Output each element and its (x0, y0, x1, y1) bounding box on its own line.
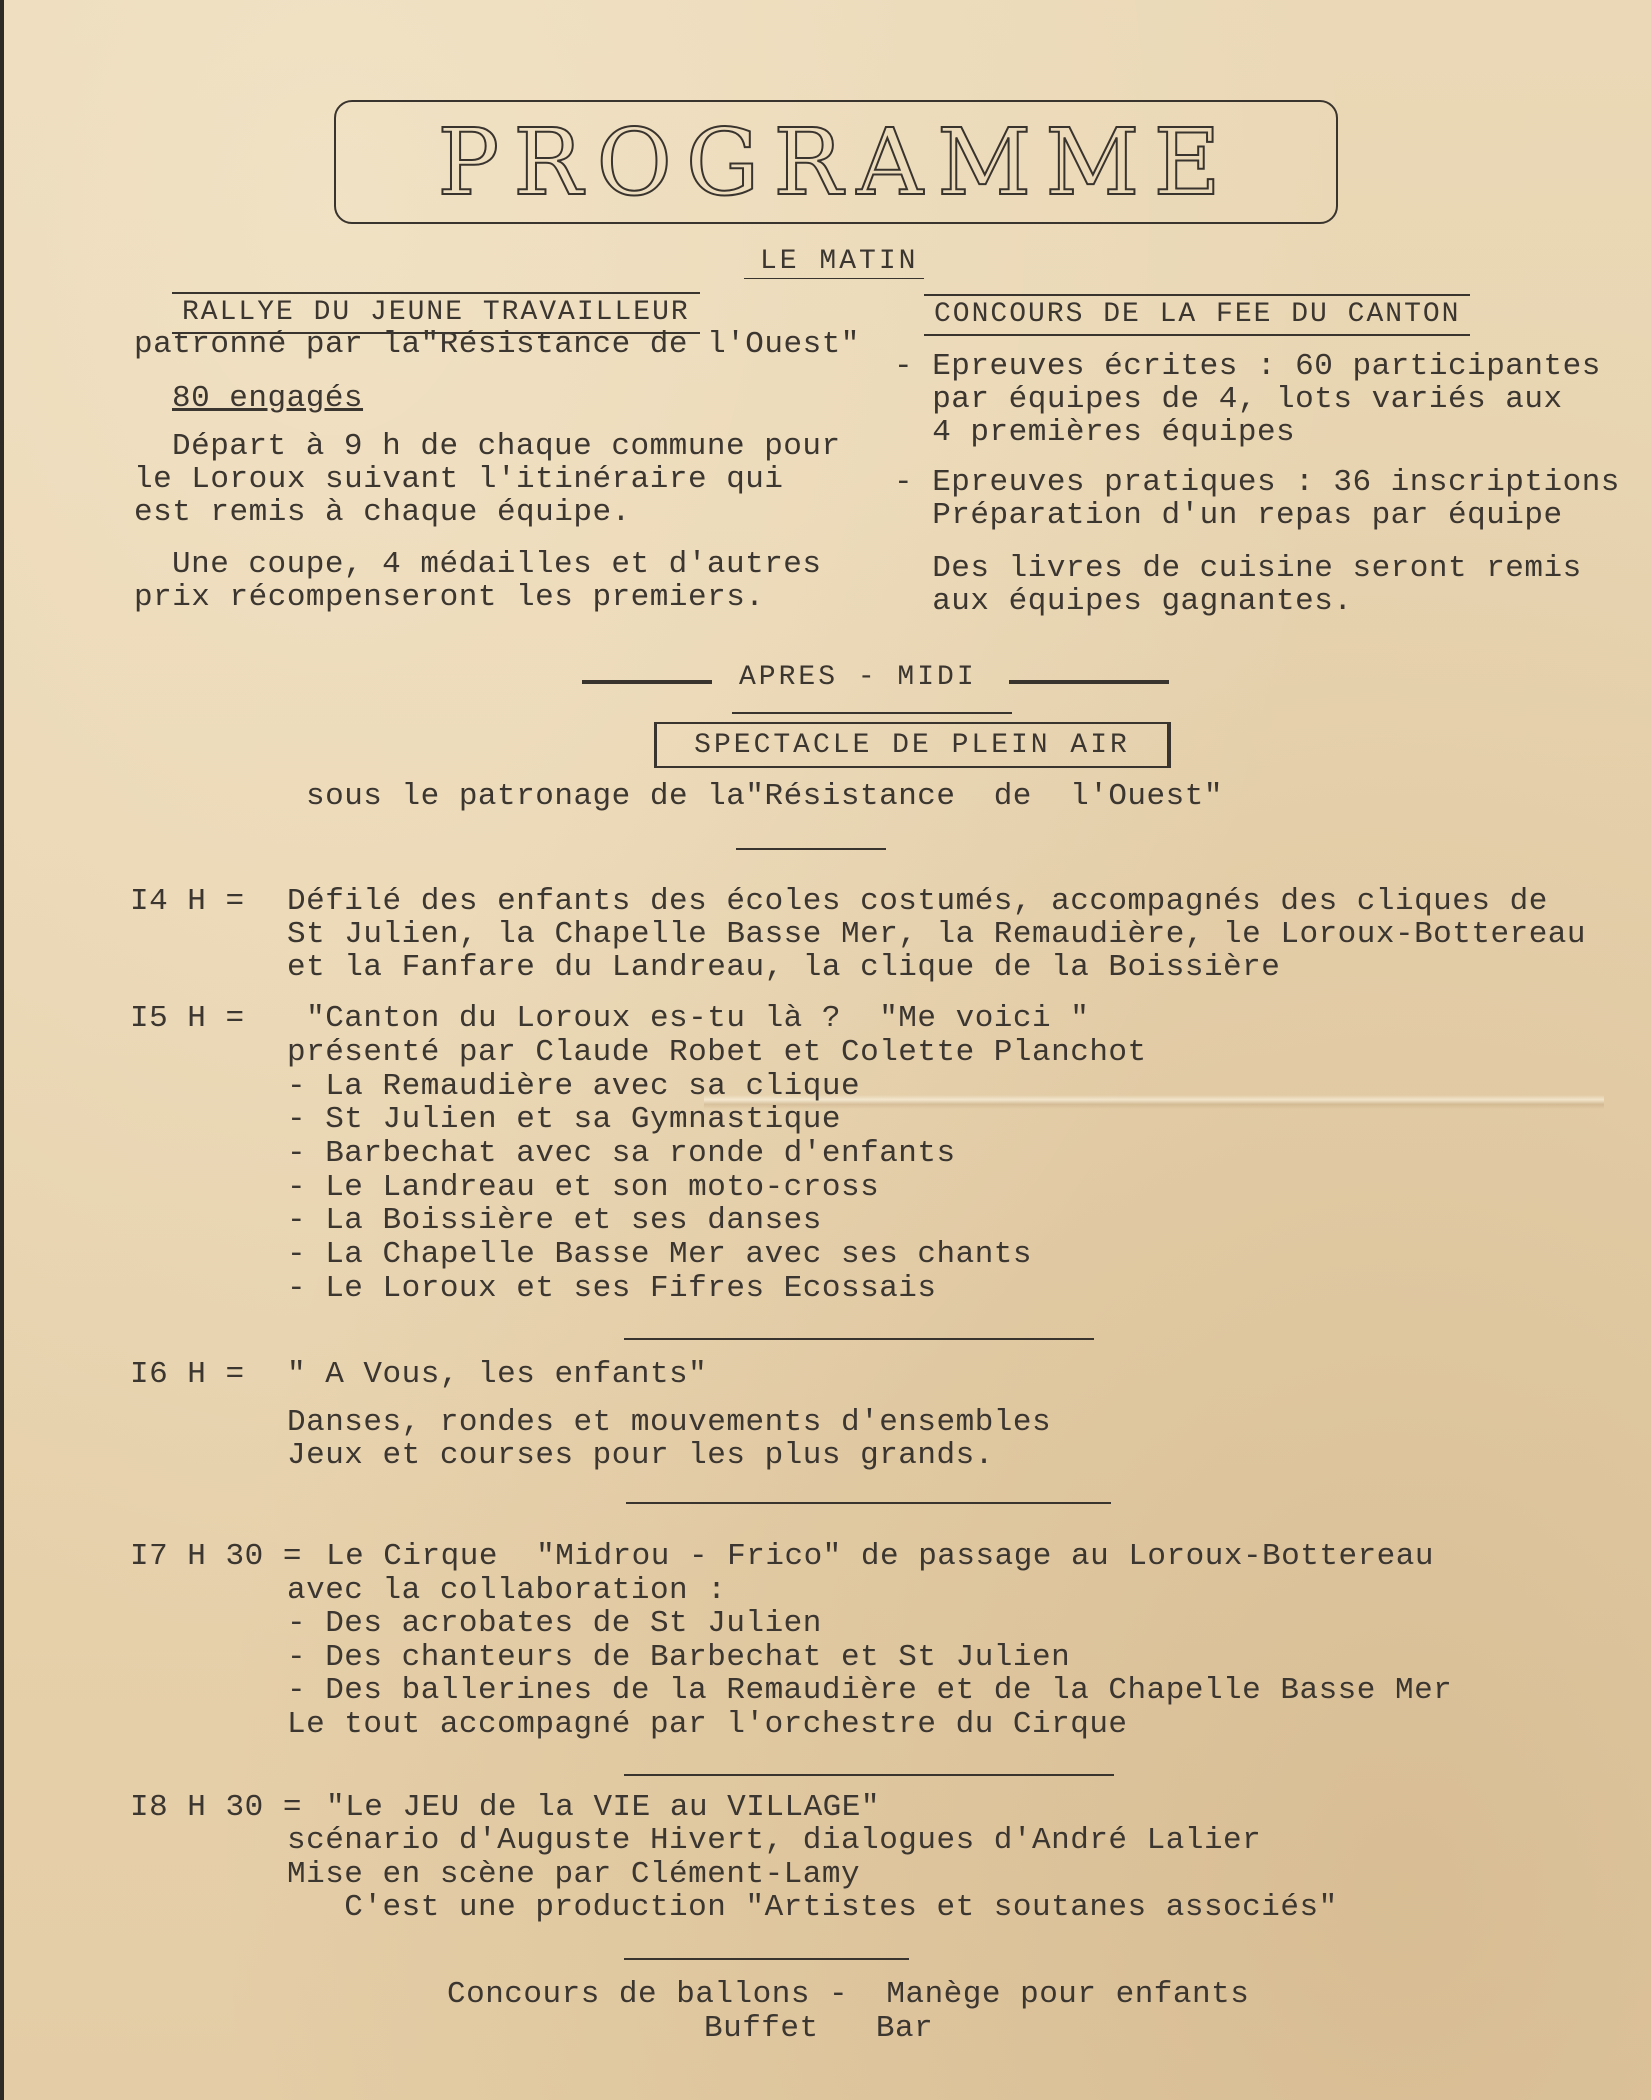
schedule-15h-item2: - St Julien et sa Gymnastique (287, 1103, 841, 1137)
schedule-15h-item7: - Le Loroux et ses Fifres Ecossais (287, 1272, 937, 1306)
rallye-para2-line1: Une coupe, 4 médailles et d'autres (172, 548, 822, 582)
schedule-15h-item4: - Le Landreau et son moto-cross (287, 1171, 879, 1205)
concours-title: CONCOURS DE LA FEE DU CANTON (924, 294, 1470, 336)
schedule-17h30-line6: Le tout accompagné par l'orchestre du Ci… (287, 1708, 1128, 1742)
schedule-15h-item5: - La Boissière et ses danses (287, 1204, 822, 1238)
concours-item1-line2: par équipes de 4, lots variés aux (894, 383, 1563, 417)
concours-item2-line2: Préparation d'un repas par équipe (894, 499, 1563, 533)
schedule-time-14h: I4 H = (130, 885, 245, 919)
schedule-18h30-line3: Mise en scène par Clément-Lamy (287, 1858, 860, 1892)
divider (626, 1502, 1111, 1504)
divider (624, 1338, 1094, 1340)
title-frame: PROGRAMME (334, 100, 1338, 224)
schedule-14h-line1: Défilé des enfants des écoles costumés, … (287, 885, 1548, 919)
rallye-para1-line1: Départ à 9 h de chaque commune pour (172, 430, 841, 464)
schedule-17h30-line2: avec la collaboration : (287, 1574, 726, 1608)
footer-line2: Buffet Bar (704, 2012, 933, 2046)
schedule-15h-line1: "Canton du Loroux es-tu là ? "Me voici " (287, 1002, 1089, 1036)
schedule-15h-item3: - Barbechat avec sa ronde d'enfants (287, 1137, 956, 1171)
divider (624, 1774, 1114, 1776)
divider (624, 1958, 909, 1960)
divider (1009, 680, 1169, 684)
schedule-time-15h: I5 H = (130, 1002, 245, 1036)
schedule-15h-item1: - La Remaudière avec sa clique (287, 1070, 860, 1104)
show-title: SPECTACLE DE PLEIN AIR (694, 730, 1130, 761)
divider (732, 712, 1012, 714)
schedule-15h-line2: présenté par Claude Robet et Colette Pla… (287, 1036, 1147, 1070)
show-title-box: SPECTACLE DE PLEIN AIR (654, 722, 1171, 768)
divider (582, 680, 712, 684)
divider (744, 278, 924, 279)
schedule-16h-line1: " A Vous, les enfants" (287, 1358, 707, 1392)
footer-line1: Concours de ballons - Manège pour enfant… (447, 1978, 1249, 2012)
schedule-time-18h30: I8 H 30 = (130, 1791, 302, 1825)
schedule-14h-line3: et la Fanfare du Landreau, la clique de … (287, 951, 1280, 985)
schedule-16h-line2: Danses, rondes et mouvements d'ensembles (287, 1406, 1051, 1440)
divider (736, 848, 886, 850)
schedule-18h30-line4: C'est une production "Artistes et soutan… (287, 1891, 1338, 1925)
schedule-18h30-line2: scénario d'Auguste Hivert, dialogues d'A… (287, 1824, 1261, 1858)
schedule-15h-item6: - La Chapelle Basse Mer avec ses chants (287, 1238, 1032, 1272)
rallye-para1-line3: est remis à chaque équipe. (134, 496, 631, 530)
rallye-para1-line2: le Loroux suivant l'itinéraire qui (134, 463, 784, 497)
concours-note-line2: aux équipes gagnantes. (894, 585, 1352, 619)
concours-note-line1: Des livres de cuisine seront remis (894, 552, 1582, 586)
programme-sheet: PROGRAMME LE MATIN RALLYE DU JEUNE TRAVA… (0, 0, 1651, 2100)
concours-item1-line3: 4 premières équipes (894, 416, 1295, 450)
schedule-18h30-line1: "Le JEU de la VIE au VILLAGE" (326, 1791, 880, 1825)
schedule-17h30-item1: - Des acrobates de St Julien (287, 1607, 822, 1641)
schedule-17h30-item3: - Des ballerines de la Remaudière et de … (287, 1674, 1452, 1708)
morning-heading: LE MATIN (760, 246, 918, 277)
schedule-17h30-item2: - Des chanteurs de Barbechat et St Julie… (287, 1641, 1070, 1675)
schedule-time-16h: I6 H = (130, 1358, 245, 1392)
afternoon-sponsor: sous le patronage de la"Résistance de l'… (306, 780, 1223, 814)
concours-item1-line1: - Epreuves écrites : 60 participantes (894, 350, 1601, 384)
schedule-time-17h30: I7 H 30 = (130, 1540, 302, 1574)
afternoon-heading: APRES - MIDI (739, 662, 977, 693)
concours-item2-line1: - Epreuves pratiques : 36 inscriptions (894, 466, 1620, 500)
rallye-sponsor: patronné par la"Résistance de l'Ouest" (134, 328, 860, 362)
rallye-para2-line2: prix récompenseront les premiers. (134, 581, 764, 615)
page-title: PROGRAMME (437, 109, 1234, 216)
schedule-16h-line3: Jeux et courses pour les plus grands. (287, 1439, 994, 1473)
rallye-count: 80 engagés (172, 382, 363, 416)
schedule-14h-line2: St Julien, la Chapelle Basse Mer, la Rem… (287, 918, 1586, 952)
schedule-17h30-line1: Le Cirque "Midrou - Frico" de passage au… (326, 1540, 1434, 1574)
